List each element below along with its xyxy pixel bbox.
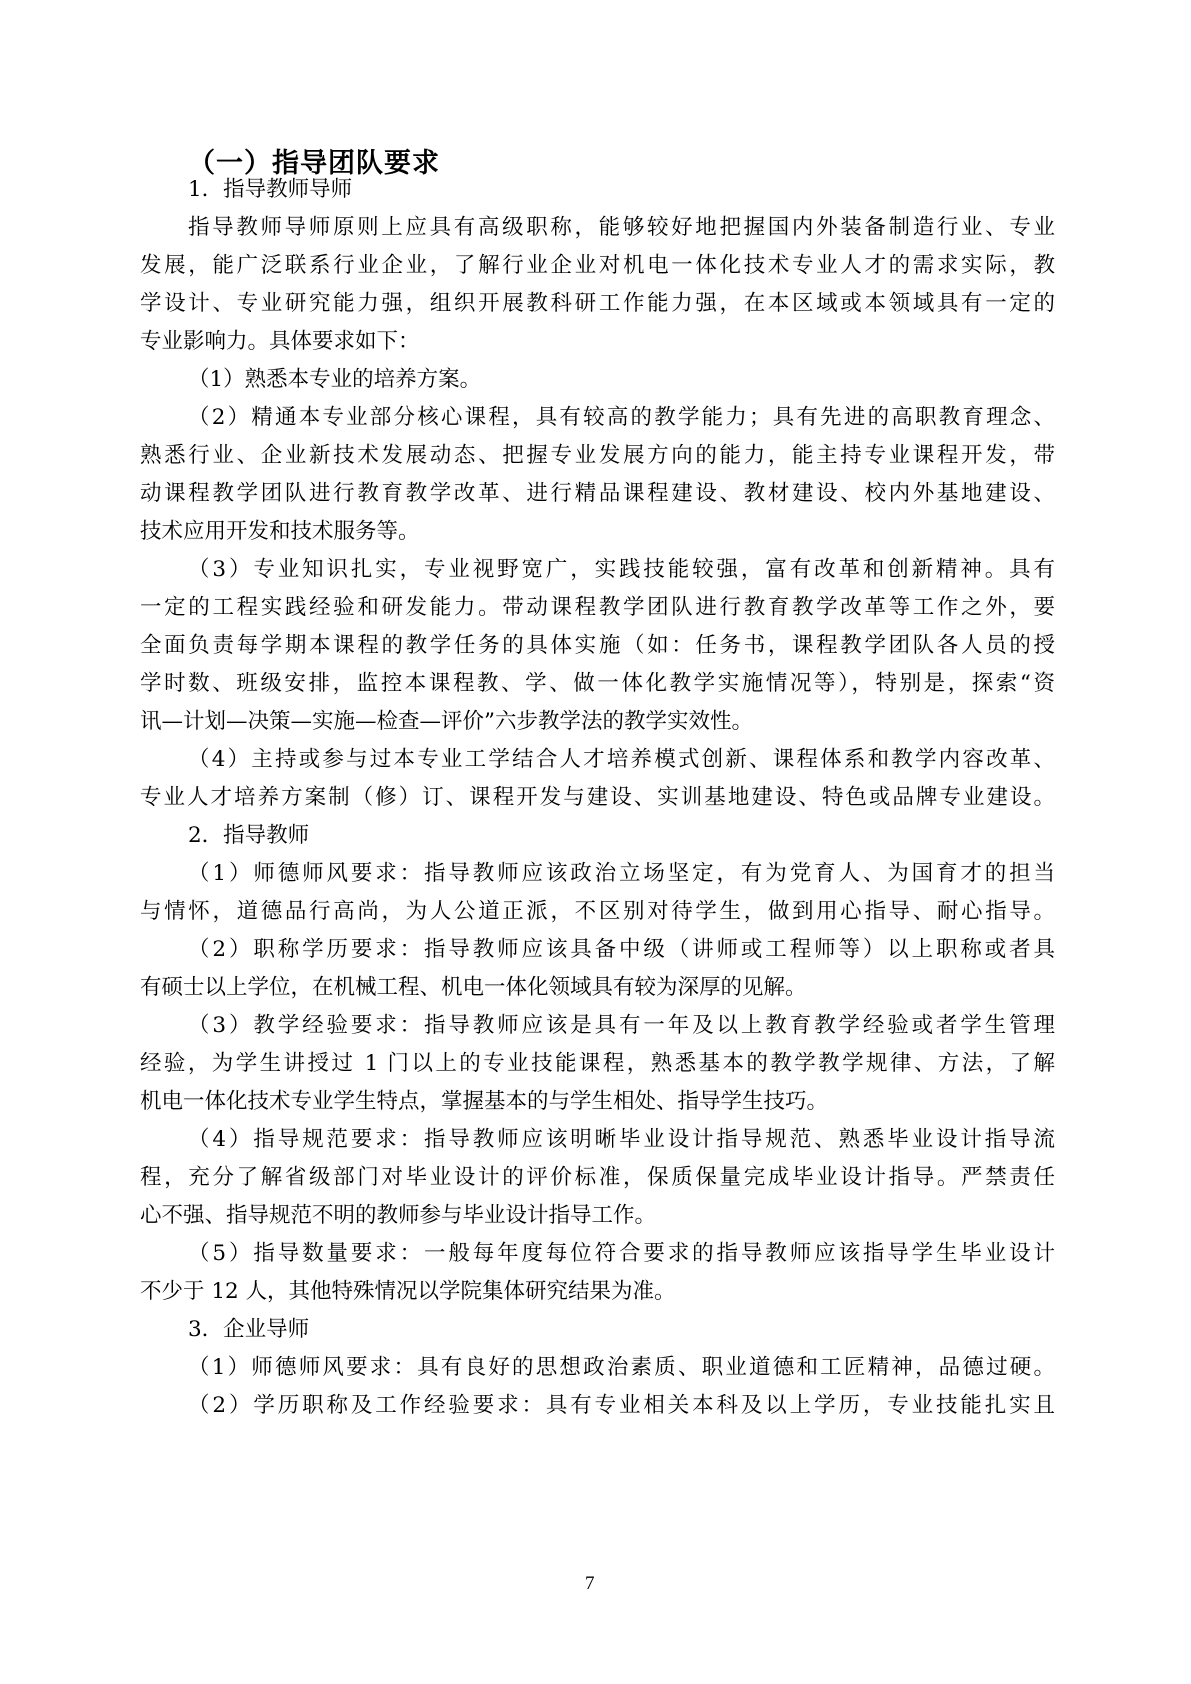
text-line: 全面负责每学期本课程的教学任务的具体实施（如：任务书，课程教学团队各人员的授 — [140, 632, 1055, 660]
text-line: 有硕士以上学位，在机械工程、机电一体化领域具有较为深厚的见解。 — [140, 974, 1055, 1002]
text-line: 经验，为学生讲授过 1 门以上的专业技能课程，熟悉基本的教学教学规律、方法，了解 — [140, 1050, 1055, 1078]
text-line: 一定的工程实践经验和研发能力。带动课程教学团队进行教育教学改革等工作之外，要 — [140, 594, 1055, 622]
text-line: （1）师德师风要求：指导教师应该政治立场坚定，有为党育人、为国育才的担当 — [188, 860, 1055, 888]
text-line: （4）指导规范要求：指导教师应该明晰毕业设计指导规范、熟悉毕业设计指导流 — [188, 1126, 1055, 1154]
text-line: 2．指导教师 — [188, 822, 1055, 850]
text-line: （5）指导数量要求：一般每年度每位符合要求的指导教师应该指导学生毕业设计 — [188, 1240, 1055, 1268]
text-line: 与情怀，道德品行高尚，为人公道正派，不区别对待学生，做到用心指导、耐心指导。 — [140, 898, 1055, 926]
text-line: 3．企业导师 — [188, 1316, 1055, 1344]
text-line: 技术应用开发和技术服务等。 — [140, 518, 1055, 546]
text-line: （2）学历职称及工作经验要求：具有专业相关本科及以上学历，专业技能扎实且 — [188, 1392, 1055, 1420]
text-line: 心不强、指导规范不明的教师参与毕业设计指导工作。 — [140, 1202, 1055, 1230]
text-line: 发展，能广泛联系行业企业，了解行业企业对机电一体化技术专业人才的需求实际，教 — [140, 252, 1055, 280]
text-line: 机电一体化技术专业学生特点，掌握基本的与学生相处、指导学生技巧。 — [140, 1088, 1055, 1116]
text-line: （3）专业知识扎实，专业视野宽广，实践技能较强，富有改革和创新精神。具有 — [188, 556, 1055, 584]
text-line: （4）主持或参与过本专业工学结合人才培养模式创新、课程体系和教学内容改革、 — [188, 746, 1055, 774]
page-number: 7 — [585, 1573, 595, 1595]
text-line: （1）熟悉本专业的培养方案。 — [188, 366, 1055, 394]
document-page: （一）指导团队要求 1．指导教师导师指导教师导师原则上应具有高级职称，能够较好地… — [0, 0, 1191, 1684]
text-line: 不少于 12 人，其他特殊情况以学院集体研究结果为准。 — [140, 1278, 1055, 1306]
text-line: 动课程教学团队进行教育教学改革、进行精品课程建设、教材建设、校内外基地建设、 — [140, 480, 1055, 508]
text-line: 学设计、专业研究能力强，组织开展教科研工作能力强，在本区域或本领域具有一定的 — [140, 290, 1055, 318]
section-heading: （一）指导团队要求 — [188, 141, 440, 180]
text-line: 1．指导教师导师 — [188, 176, 1055, 204]
text-line: 指导教师导师原则上应具有高级职称，能够较好地把握国内外装备制造行业、专业 — [188, 214, 1055, 242]
text-line: 讯—计划—决策—实施—检查—评价”六步教学法的教学实效性。 — [140, 708, 1055, 736]
text-line: （3）教学经验要求：指导教师应该是具有一年及以上教育教学经验或者学生管理 — [188, 1012, 1055, 1040]
text-line: 熟悉行业、企业新技术发展动态、把握专业发展方向的能力，能主持专业课程开发，带 — [140, 442, 1055, 470]
text-line: 专业影响力。具体要求如下： — [140, 328, 1055, 356]
text-line: 程，充分了解省级部门对毕业设计的评价标准，保质保量完成毕业设计指导。严禁责任 — [140, 1164, 1055, 1192]
text-line: （2）职称学历要求：指导教师应该具备中级（讲师或工程师等）以上职称或者具 — [188, 936, 1055, 964]
text-line: 专业人才培养方案制（修）订、课程开发与建设、实训基地建设、特色或品牌专业建设。 — [140, 784, 1055, 812]
text-line: （1）师德师风要求：具有良好的思想政治素质、职业道德和工匠精神，品德过硬。 — [188, 1354, 1055, 1382]
text-line: 学时数、班级安排，监控本课程教、学、做一体化教学实施情况等），特别是，探索“资 — [140, 670, 1055, 698]
text-line: （2）精通本专业部分核心课程，具有较高的教学能力；具有先进的高职教育理念、 — [188, 404, 1055, 432]
